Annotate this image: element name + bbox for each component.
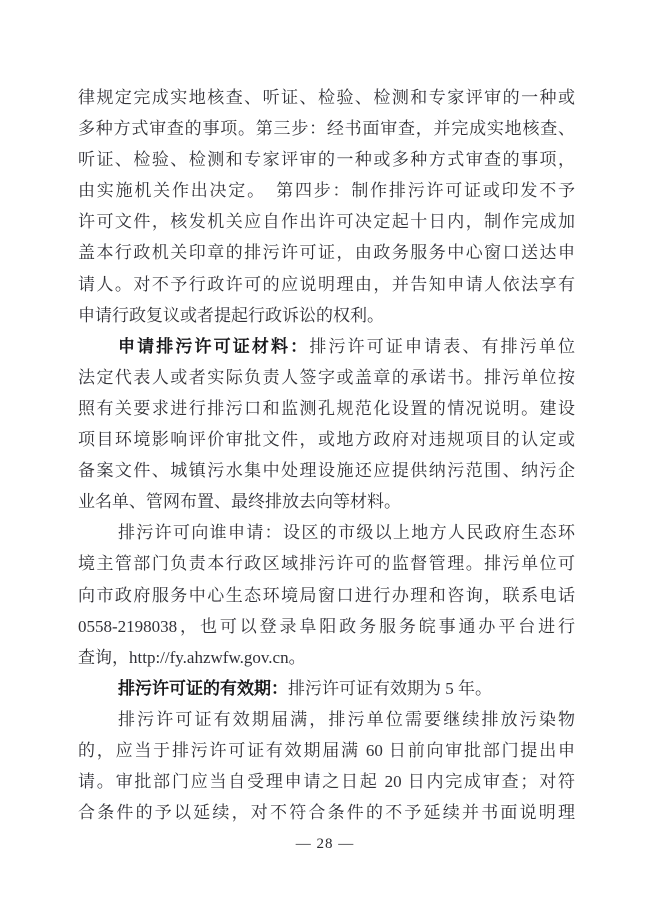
page-number: — 28 — (0, 836, 650, 853)
text-line: 法定代表人或者实际负责人签字或盖章的承诺书。排污单位按 (78, 362, 575, 393)
text-run: 查询，http://fy.ahzwfw.gov.cn。 (78, 648, 306, 667)
text-run: 0558-2198038，也可以登录阜阳政务服务皖事通办平台进行 (78, 617, 575, 636)
text-line: 听证、检验、检测和专家评审的一种或多种方式审查的事项， (78, 144, 575, 175)
text-run: 合条件的予以延续，对不符合条件的不予延续并书面说明理 (78, 803, 575, 822)
text-run: 排污许可证有效期为 5 年。 (288, 679, 492, 698)
text-line: 多种方式审查的事项。第三步：经书面审查，并完成实地核查、 (78, 113, 575, 144)
text-run: 盖本行政机关印章的排污许可证，由政务服务中心窗口送达申 (78, 243, 575, 262)
text-line: 境主管部门负责本行政区域排污许可的监督管理。排污单位可 (78, 548, 575, 579)
text-run: 业名单、管网布置、最终排放去向等材料。 (78, 492, 401, 511)
text-run: 法定代表人或者实际负责人签字或盖章的承诺书。排污单位按 (78, 368, 575, 387)
document-page: 律规定完成实地核查、听证、检验、检测和专家评审的一种或多种方式审查的事项。第三步… (0, 0, 650, 919)
text-run: 境主管部门负责本行政区域排污许可的监督管理。排污单位可 (78, 554, 575, 573)
text-run: 多种方式审查的事项。第三步：经书面审查，并完成实地核查、 (78, 119, 575, 138)
text-line: 盖本行政机关印章的排污许可证，由政务服务中心窗口送达申 (78, 237, 575, 268)
text-run: 请人。对不予行政许可的应说明理由，并告知申请人依法享有 (78, 275, 575, 294)
text-run: 项目环境影响评价审批文件，或地方政府对违规项目的认定或 (78, 430, 575, 449)
text-line: 的，应当于排污许可证有效期届满 60 日前向审批部门提出申 (78, 735, 575, 766)
bold-text-run: 排污许可证的有效期： (118, 679, 288, 698)
text-line: 许可文件，核发机关应自作出许可决定起十日内，制作完成加 (78, 206, 575, 237)
text-line: 排污许可证有效期届满，排污单位需要继续排放污染物 (78, 704, 575, 735)
text-line: 律规定完成实地核查、听证、检验、检测和专家评审的一种或 (78, 82, 575, 113)
text-run: 律规定完成实地核查、听证、检验、检测和专家评审的一种或 (78, 88, 575, 107)
text-run: 的，应当于排污许可证有效期届满 60 日前向审批部门提出申 (78, 741, 575, 760)
text-run: 排污许可向谁申请：设区的市级以上地方人民政府生态环 (118, 523, 575, 542)
text-line: 合条件的予以延续，对不符合条件的不予延续并书面说明理 (78, 797, 575, 828)
text-line: 向市政府服务中心生态环境局窗口进行办理和咨询，联系电话 (78, 580, 575, 611)
text-line: 项目环境影响评价审批文件，或地方政府对违规项目的认定或 (78, 424, 575, 455)
text-line: 请人。对不予行政许可的应说明理由，并告知申请人依法享有 (78, 269, 575, 300)
text-run: 备案文件、城镇污水集中处理设施还应提供纳污范围、纳污企 (78, 461, 575, 480)
text-line: 照有关要求进行排污口和监测孔规范化设置的情况说明。建设 (78, 393, 575, 424)
text-run: 许可文件，核发机关应自作出许可决定起十日内，制作完成加 (78, 212, 575, 231)
bold-text-run: 申请排污许可证材料： (118, 337, 309, 356)
text-line: 申请行政复议或者提起行政诉讼的权利。 (78, 300, 575, 331)
text-line: 请。审批部门应当自受理申请之日起 20 日内完成审查；对符 (78, 766, 575, 797)
text-line: 业名单、管网布置、最终排放去向等材料。 (78, 486, 575, 517)
text-line: 0558-2198038，也可以登录阜阳政务服务皖事通办平台进行 (78, 611, 575, 642)
text-run: 听证、检验、检测和专家评审的一种或多种方式审查的事项， (78, 150, 575, 169)
text-line: 备案文件、城镇污水集中处理设施还应提供纳污范围、纳污企 (78, 455, 575, 486)
text-line: 排污许可证的有效期：排污许可证有效期为 5 年。 (78, 673, 575, 704)
text-block: 律规定完成实地核查、听证、检验、检测和专家评审的一种或多种方式审查的事项。第三步… (78, 82, 575, 828)
text-line: 查询，http://fy.ahzwfw.gov.cn。 (78, 642, 575, 673)
text-run: 申请行政复议或者提起行政诉讼的权利。 (78, 306, 384, 325)
text-line: 由实施机关作出决定。 第四步：制作排污许可证或印发不予 (78, 175, 575, 206)
text-run: 请。审批部门应当自受理申请之日起 20 日内完成审查；对符 (78, 772, 575, 791)
text-run: 由实施机关作出决定。 第四步：制作排污许可证或印发不予 (78, 181, 575, 200)
text-run: 向市政府服务中心生态环境局窗口进行办理和咨询，联系电话 (78, 586, 575, 605)
text-run: 照有关要求进行排污口和监测孔规范化设置的情况说明。建设 (78, 399, 575, 418)
text-run: 排污许可证有效期届满，排污单位需要继续排放污染物 (118, 710, 575, 729)
text-line: 申请排污许可证材料：排污许可证申请表、有排污单位 (78, 331, 575, 362)
text-line: 排污许可向谁申请：设区的市级以上地方人民政府生态环 (78, 517, 575, 548)
text-run: 排污许可证申请表、有排污单位 (309, 337, 575, 356)
